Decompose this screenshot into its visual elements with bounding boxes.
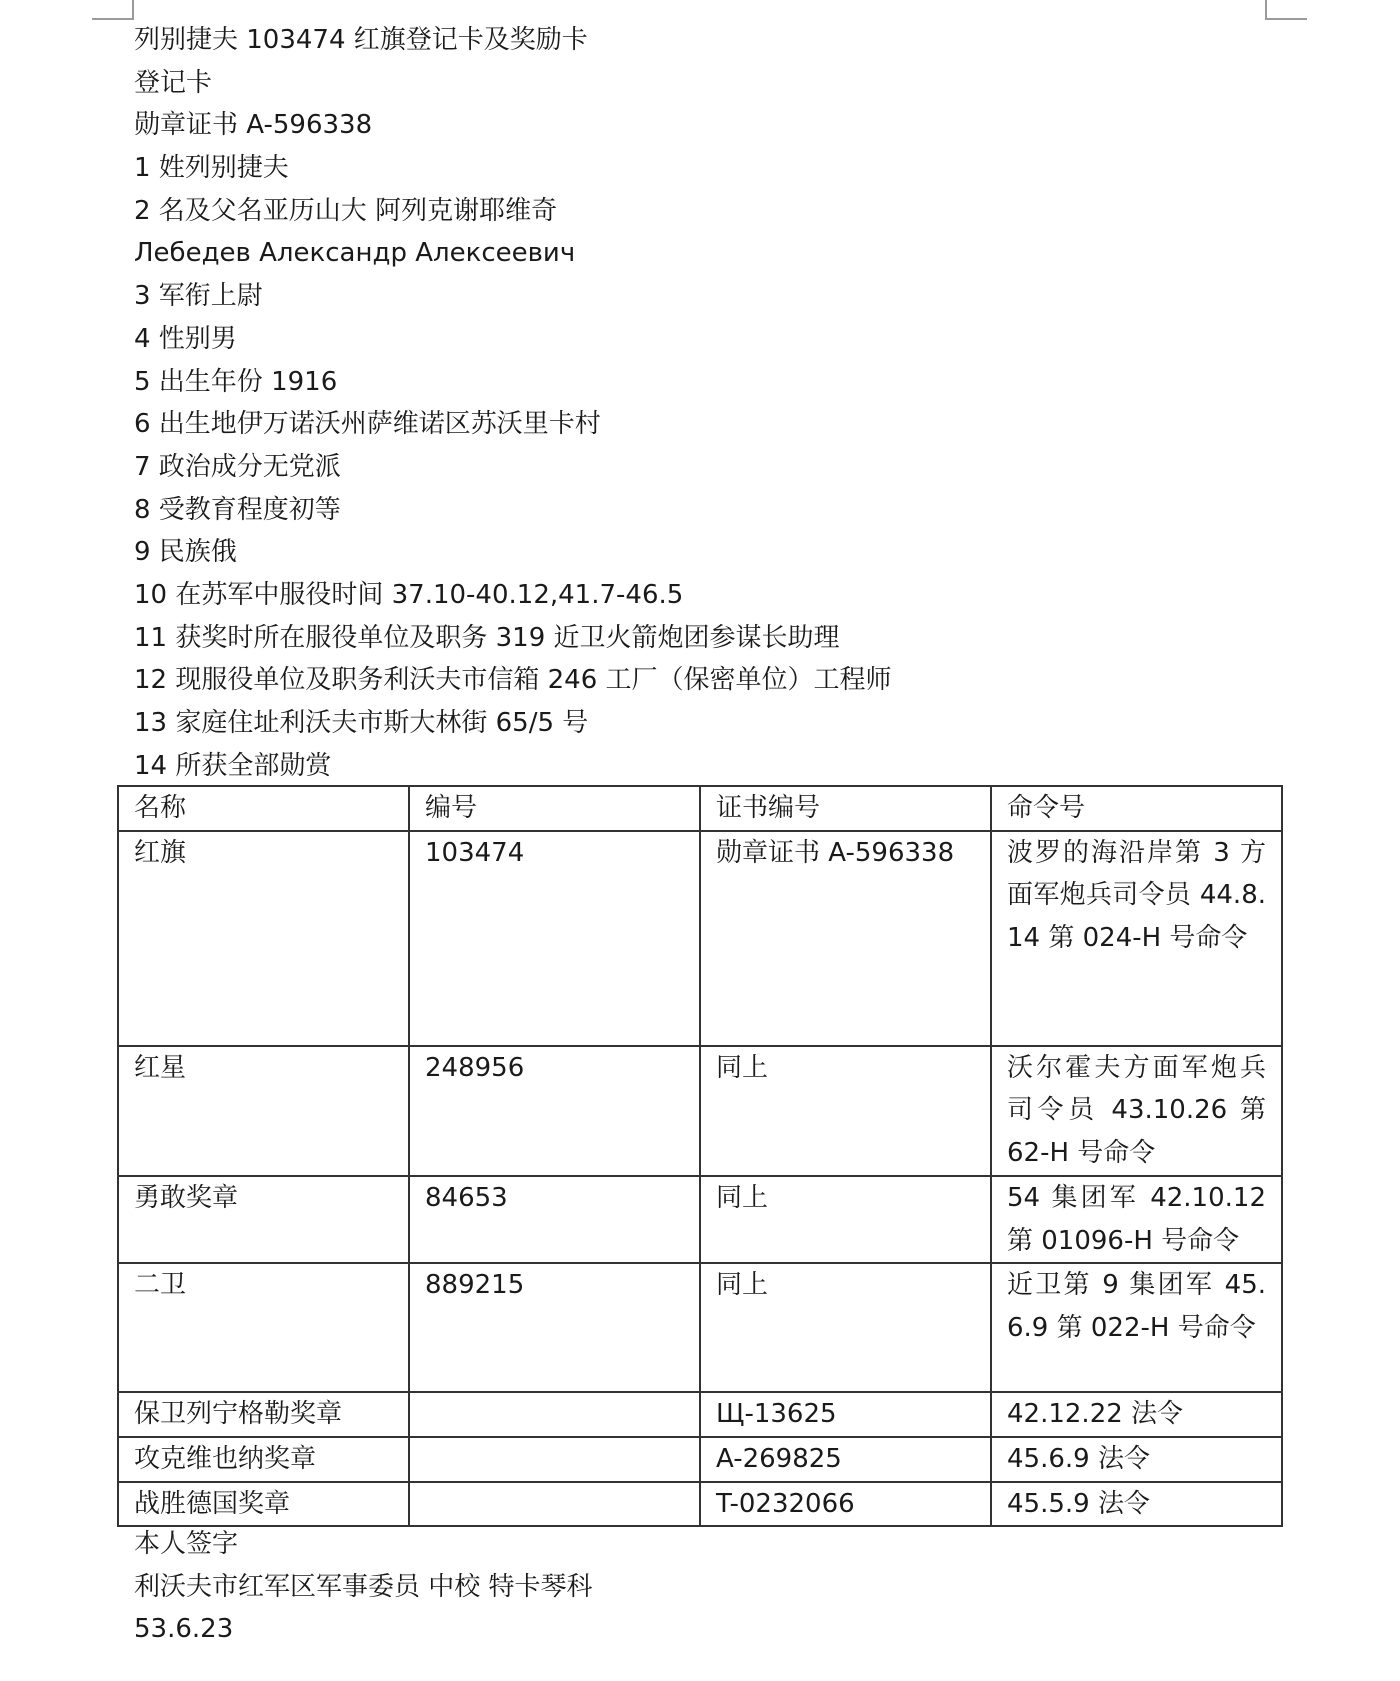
field-education: 8 受教育程度初等 [134,489,1294,532]
column-header-number: 编号 [409,786,700,831]
certificate-number: 勋章证书 A-596338 [134,104,1294,147]
award-name: 战胜德国奖章 [118,1482,409,1527]
award-number [409,1392,700,1437]
field-unit-at-award: 11 获奖时所在服役单位及职务 319 近卫火箭炮团参谋长助理 [134,617,1294,660]
column-header-name: 名称 [118,786,409,831]
field-surname: 1 姓列别捷夫 [134,147,1294,190]
signature-label: 本人签字 [134,1523,593,1566]
field-sex: 4 性别男 [134,318,1294,361]
award-name: 保卫列宁格勒奖章 [118,1392,409,1437]
award-order: 45.5.9 法令 [991,1482,1282,1527]
field-given-name: 2 名及父名亚历山大 阿列克谢耶维奇 [134,190,1294,233]
award-name: 二卫 [118,1263,409,1392]
table-row: 二卫 889215 同上 近卫第 9 集团军 45.6.9 第 022-H 号命… [118,1263,1282,1392]
table-header-row: 名称 编号 证书编号 命令号 [118,786,1282,831]
table-row: 红旗 103474 勋章证书 A-596338 波罗的海沿岸第 3 方面军炮兵司… [118,831,1282,1046]
award-number: 103474 [409,831,700,1046]
document-body: 列别捷夫 103474 红旗登记卡及奖励卡 登记卡 勋章证书 A-596338 … [134,19,1294,787]
award-certificate: 同上 [700,1176,991,1263]
field-home-address: 13 家庭住址利沃夫市斯大林街 65/5 号 [134,702,1294,745]
field-birth-year: 5 出生年份 1916 [134,361,1294,404]
award-name: 红旗 [118,831,409,1046]
award-certificate: T-0232066 [700,1482,991,1527]
table-row: 攻克维也纳奖章 A-269825 45.6.9 法令 [118,1437,1282,1482]
award-order: 近卫第 9 集团军 45.6.9 第 022-H 号命令 [991,1263,1282,1392]
award-name: 勇敢奖章 [118,1176,409,1263]
field-rank: 3 军衔上尉 [134,275,1294,318]
commissar-line: 利沃夫市红军区军事委员 中校 特卡琴科 [134,1566,593,1609]
field-service-period: 10 在苏军中服役时间 37.10-40.12,41.7-46.5 [134,574,1294,617]
award-certificate: 同上 [700,1263,991,1392]
award-number [409,1437,700,1482]
award-certificate: 勋章证书 A-596338 [700,831,991,1046]
award-order: 45.6.9 法令 [991,1437,1282,1482]
field-name-russian: Лебедев Александр Алексеевич [134,232,1294,275]
award-order: 42.12.22 法令 [991,1392,1282,1437]
field-current-unit: 12 现服役单位及职务利沃夫市信箱 246 工厂（保密单位）工程师 [134,659,1294,702]
table-row: 保卫列宁格勒奖章 Щ-13625 42.12.22 法令 [118,1392,1282,1437]
awards-table: 名称 编号 证书编号 命令号 红旗 103474 勋章证书 A-596338 波… [117,785,1283,1527]
page-corner-mark-top-left [92,0,134,20]
column-header-order: 命令号 [991,786,1282,831]
award-number: 84653 [409,1176,700,1263]
award-order: 54 集团军 42.10.12 第 01096-H 号命令 [991,1176,1282,1263]
award-certificate: Щ-13625 [700,1392,991,1437]
table-row: 战胜德国奖章 T-0232066 45.5.9 法令 [118,1482,1282,1527]
document-title: 列别捷夫 103474 红旗登记卡及奖励卡 [134,19,1294,62]
signature-block: 本人签字 利沃夫市红军区军事委员 中校 特卡琴科 53.6.23 [134,1523,593,1651]
award-certificate: 同上 [700,1046,991,1176]
award-order: 沃尔霍夫方面军炮兵司令员 43.10.26 第 62-H 号命令 [991,1046,1282,1176]
award-name: 红星 [118,1046,409,1176]
field-birthplace: 6 出生地伊万诺沃州萨维诺区苏沃里卡村 [134,403,1294,446]
award-number: 889215 [409,1263,700,1392]
award-order: 波罗的海沿岸第 3 方面军炮兵司令员 44.8.14 第 024-H 号命令 [991,831,1282,1046]
field-party: 7 政治成分无党派 [134,446,1294,489]
field-nationality: 9 民族俄 [134,531,1294,574]
award-number: 248956 [409,1046,700,1176]
table-row: 勇敢奖章 84653 同上 54 集团军 42.10.12 第 01096-H … [118,1176,1282,1263]
field-all-awards: 14 所获全部勋赏 [134,745,1294,788]
column-header-certificate: 证书编号 [700,786,991,831]
signature-date: 53.6.23 [134,1608,593,1651]
document-subtitle: 登记卡 [134,62,1294,105]
award-certificate: A-269825 [700,1437,991,1482]
award-name: 攻克维也纳奖章 [118,1437,409,1482]
table-row: 红星 248956 同上 沃尔霍夫方面军炮兵司令员 43.10.26 第 62-… [118,1046,1282,1176]
award-number [409,1482,700,1527]
page-corner-mark-top-right [1265,0,1307,20]
